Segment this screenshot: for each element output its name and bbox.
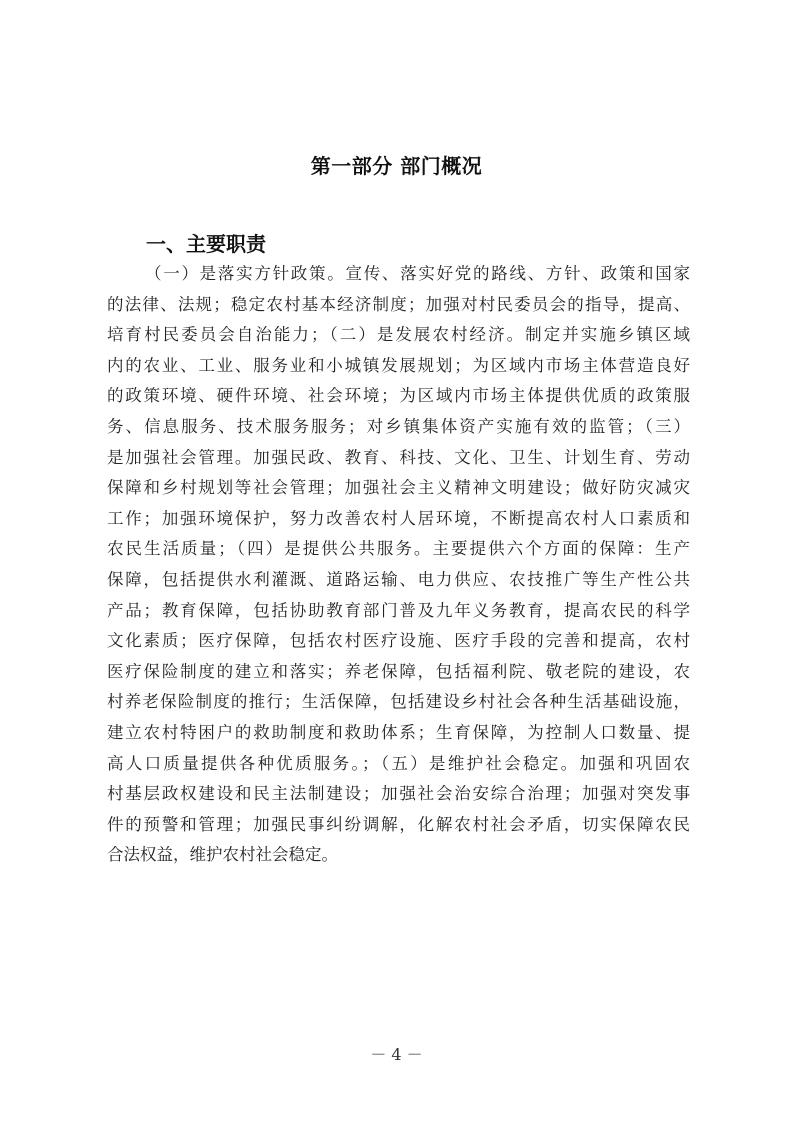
- body-paragraph: （一）是落实方针政策。宣传、落实好党的路线、方针、政策和国家 的法律、法规；稳定…: [107, 259, 690, 871]
- body-line: 内的农业、工业、服务业和小城镇发展规划；为区域内市场主体营造良好: [107, 351, 690, 382]
- body-line: 保障和乡村规划等社会管理；加强社会主义精神文明建设；做好防灾减灾: [107, 473, 690, 504]
- part-title: 第一部分 部门概况: [0, 150, 793, 179]
- body-line: 高人口质量提供各种优质服务。；（五）是维护社会稳定。加强和巩固农: [107, 749, 690, 780]
- body-line: 保障，包括提供水利灌溉、道路运输、电力供应、农技推广等生产性公共: [107, 565, 690, 596]
- body-line: 医疗保险制度的建立和落实；养老保障，包括福利院、敬老院的建设，农: [107, 657, 690, 688]
- section-heading: 一、主要职责: [146, 228, 266, 257]
- body-line: 件的预警和管理；加强民事纠纷调解，化解农村社会矛盾，切实保障农民: [107, 810, 690, 841]
- body-line: 村基层政权建设和民主法制建设；加强社会治安综合治理；加强对突发事: [107, 779, 690, 810]
- body-line: 产品；教育保障，包括协助教育部门普及九年义务教育，提高农民的科学: [107, 596, 690, 627]
- page-number: － 4 －: [0, 1042, 793, 1065]
- body-line: 合法权益，维护农村社会稳定。: [107, 840, 690, 871]
- body-line: （一）是落实方针政策。宣传、落实好党的路线、方针、政策和国家: [107, 259, 690, 290]
- body-line: 工作；加强环境保护，努力改善农村人居环境，不断提高农村人口素质和: [107, 504, 690, 535]
- body-line: 培育村民委员会自治能力；（二）是发展农村经济。制定并实施乡镇区域: [107, 320, 690, 351]
- body-line: 村养老保险制度的推行；生活保障，包括建设乡村社会各种生活基础设施，: [107, 687, 690, 718]
- body-line: 建立农村特困户的救助制度和救助体系；生育保障，为控制人口数量、提: [107, 718, 690, 749]
- body-line: 是加强社会管理。加强民政、教育、科技、文化、卫生、计划生育、劳动: [107, 443, 690, 474]
- body-line: 农民生活质量；（四）是提供公共服务。主要提供六个方面的保障：生产: [107, 534, 690, 565]
- body-line: 的法律、法规；稳定农村基本经济制度；加强对村民委员会的指导，提高、: [107, 290, 690, 321]
- body-line: 的政策环境、硬件环境、社会环境；为区域内市场主体提供优质的政策服: [107, 381, 690, 412]
- body-line: 务、信息服务、技术服务服务；对乡镇集体资产实施有效的监管；（三）: [107, 412, 690, 443]
- body-line: 文化素质；医疗保障，包括农村医疗设施、医疗手段的完善和提高，农村: [107, 626, 690, 657]
